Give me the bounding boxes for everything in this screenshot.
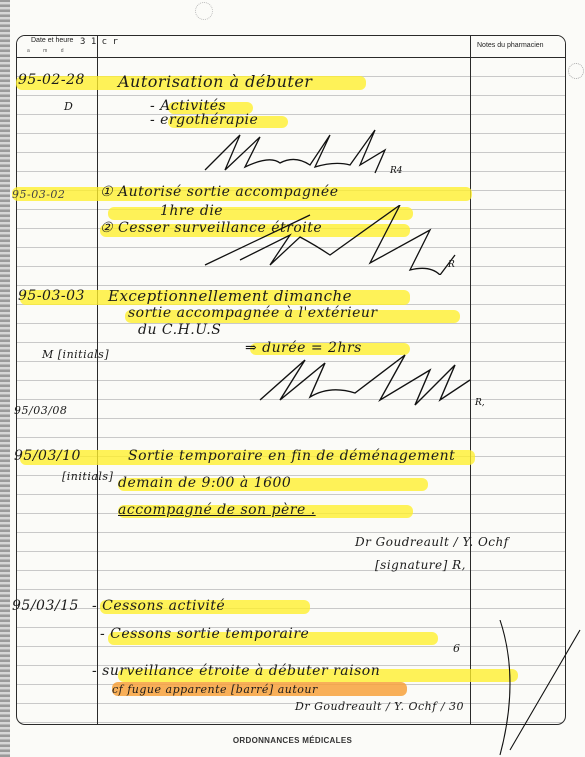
cosignature: [signature] R,: [375, 558, 466, 572]
svg-text:R: R: [447, 260, 455, 270]
signature: Dr Goudreault / Y. Ochf: [355, 535, 509, 549]
date-format-hint: a m d: [27, 48, 70, 54]
entry-date: 95/03/08: [14, 404, 67, 417]
margin-mark: M [initials]: [42, 348, 109, 361]
entry-line: sortie accompagnée à l'extérieur: [128, 305, 378, 321]
binder-edge: [0, 0, 10, 757]
svg-text:R4: R4: [389, 166, 403, 176]
entry-date: 95-02-28: [18, 72, 85, 88]
entry-line: demain de 9:00 à 1600: [118, 475, 291, 491]
punch-hole: [195, 2, 213, 20]
entry-line: - Cessons activité: [92, 598, 225, 614]
entry-line: - Cessons sortie temporaire: [100, 626, 309, 642]
entry-line: Exceptionnellement dimanche: [108, 287, 352, 305]
entry-line: ① Autorisé sortie accompagnée: [100, 184, 339, 200]
entry-line: du C.H.U.S: [138, 322, 221, 338]
svg-text:R,: R,: [474, 398, 485, 408]
entry-line: Autorisation à débuter: [118, 72, 312, 91]
signature: R,: [255, 345, 485, 410]
date-column-divider: [97, 36, 98, 724]
entry-line: cf fugue apparente [barré] autour: [112, 683, 318, 696]
entry-date: 95-03-02: [12, 188, 65, 201]
entry-line: accompagné de son père .: [118, 502, 316, 518]
header-mark: 3 1 c r: [80, 37, 118, 47]
punch-hole: [568, 63, 584, 79]
notes-column-label: Notes du pharmacien: [477, 42, 544, 49]
signature: R: [200, 205, 460, 275]
annotation: 6: [453, 642, 461, 655]
margin-mark: D: [64, 100, 73, 113]
signature: R4: [200, 125, 410, 180]
date-column-label: Date et heure: [31, 37, 73, 44]
entry-line: Sortie temporaire en fin de déménagement: [128, 448, 455, 464]
signature: Dr Goudreault / Y. Ochf / 30: [295, 700, 464, 713]
form-footer: ORDONNANCES MÉDICALES: [0, 736, 585, 745]
entry-line: - surveillance étroite à débuter raison: [92, 663, 380, 679]
entry-date: 95/03/15: [12, 598, 79, 614]
entry-date: 95/03/10: [14, 448, 81, 464]
entry-date: 95-03-03: [18, 288, 85, 304]
margin-mark: [initials]: [62, 470, 113, 483]
